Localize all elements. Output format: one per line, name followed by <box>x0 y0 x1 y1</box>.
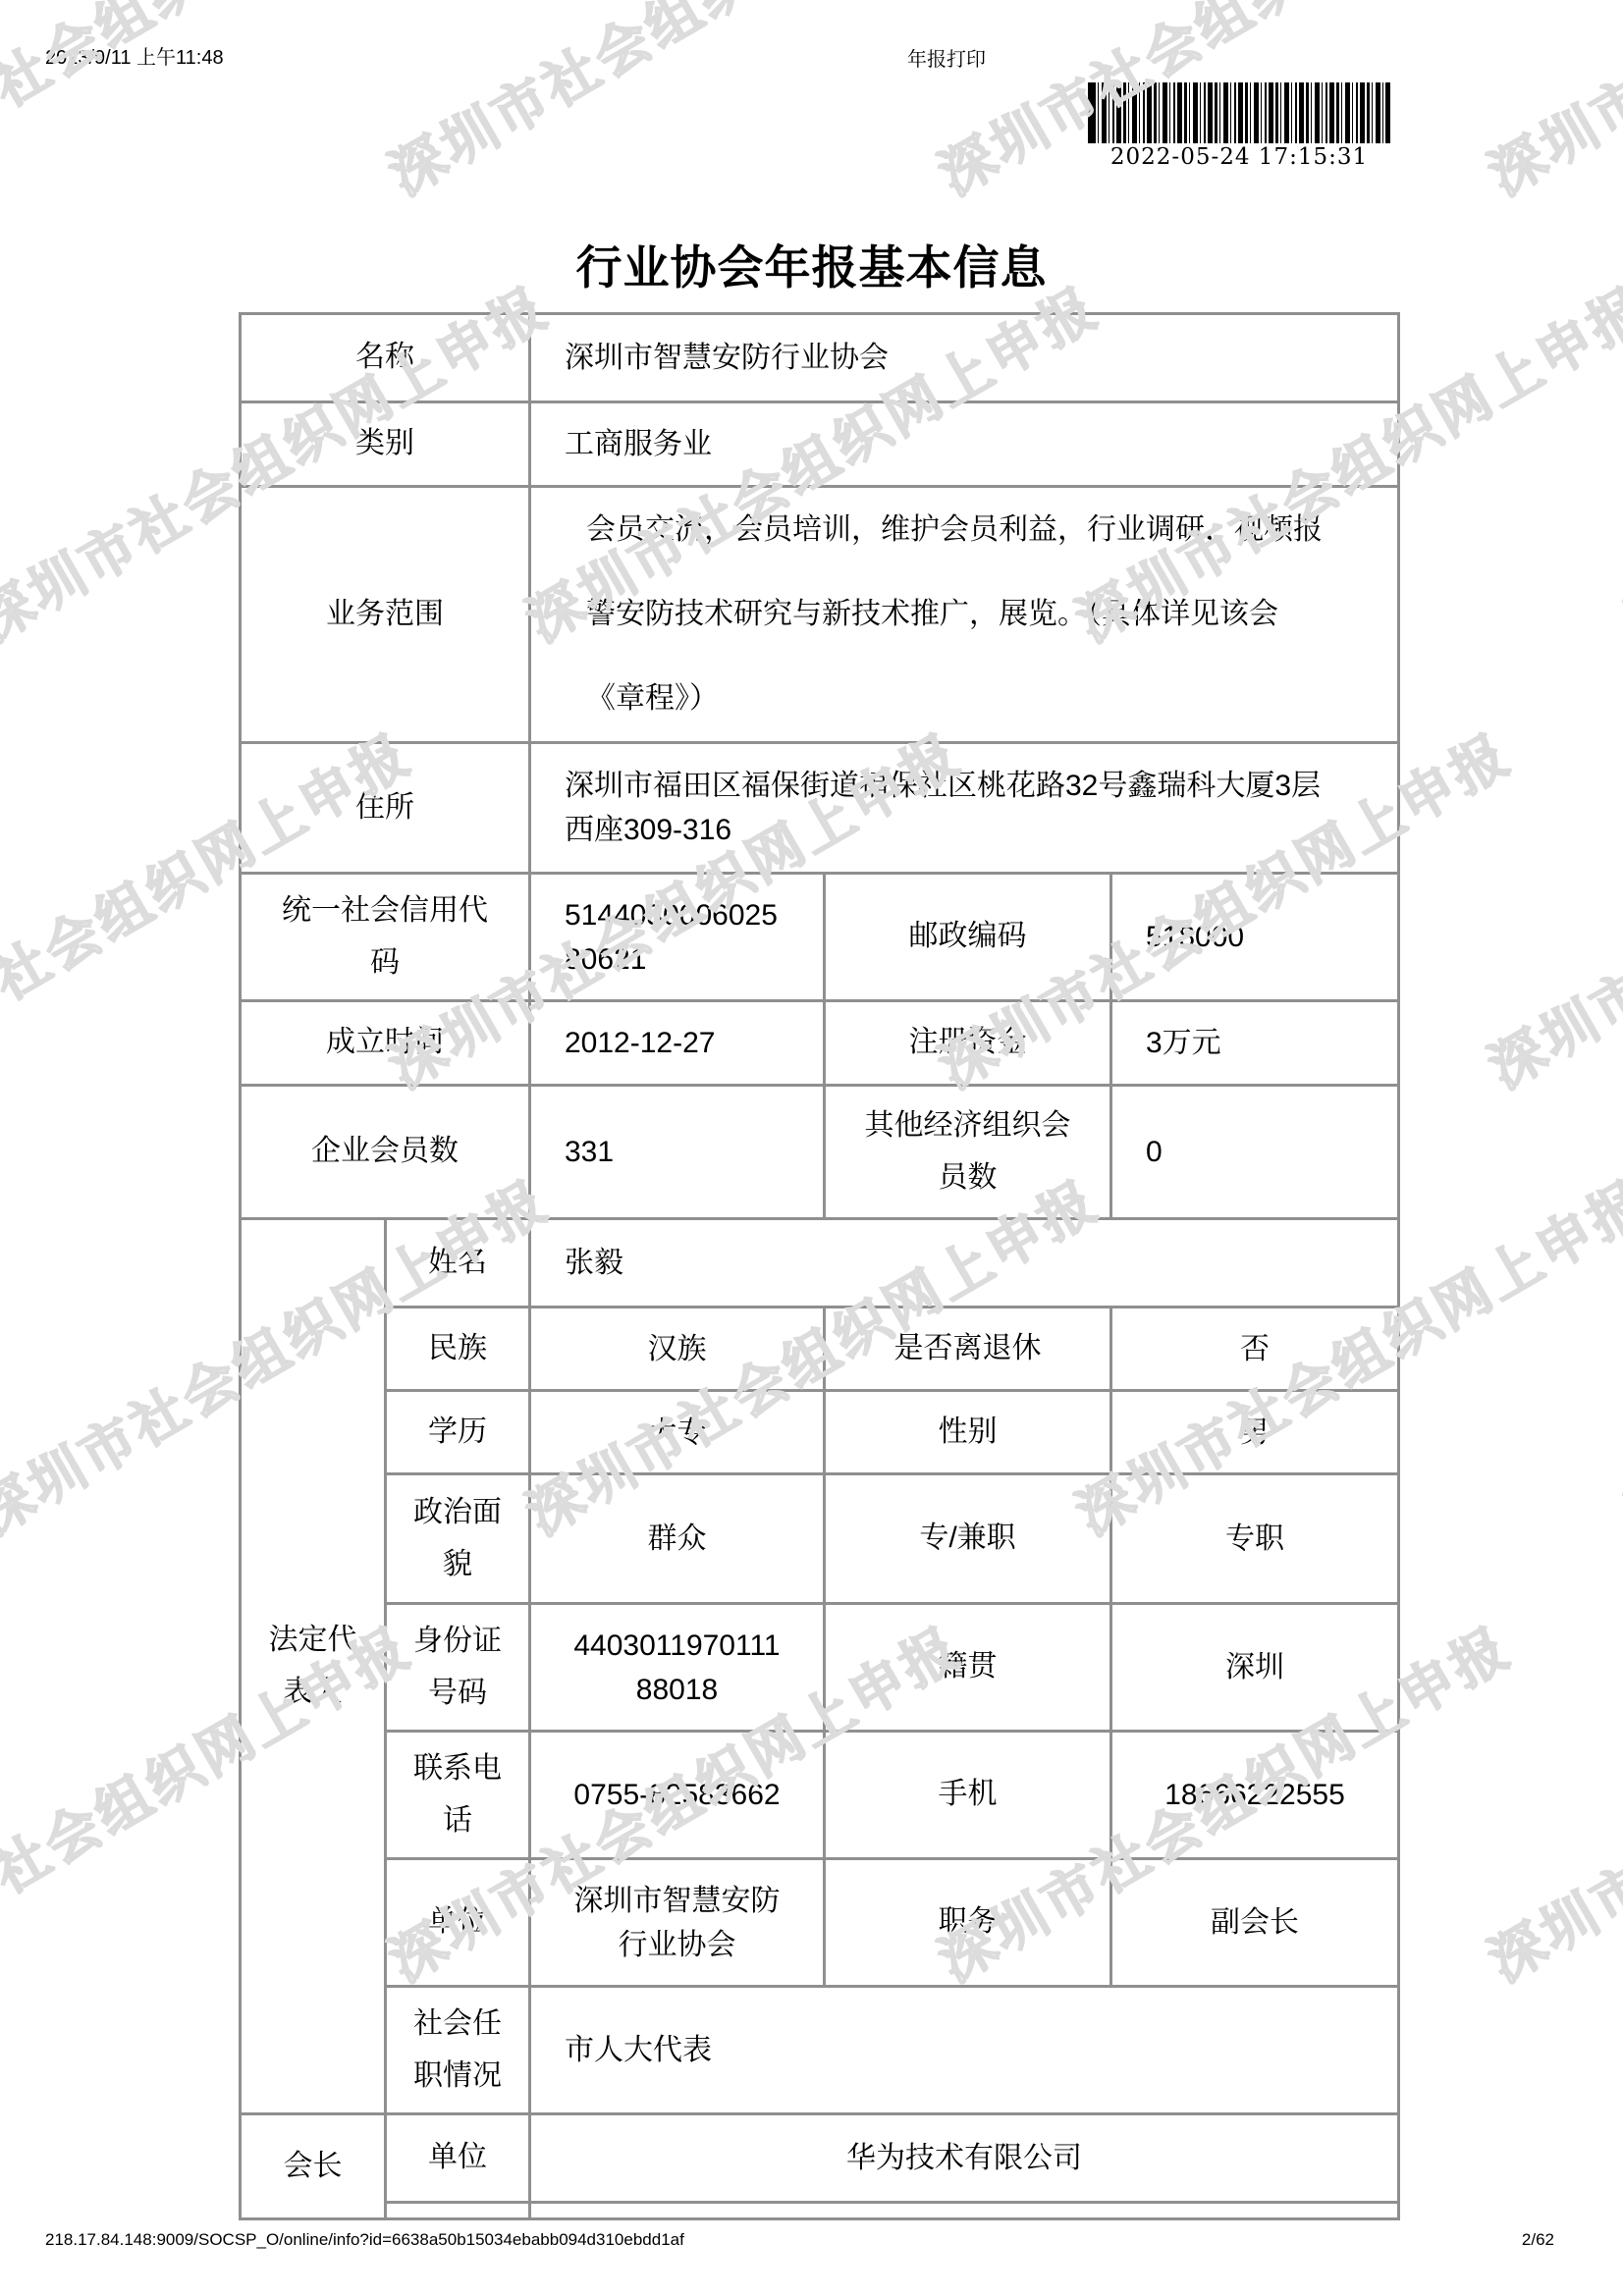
name-value: 深圳市智慧安防行业协会 <box>531 315 1400 403</box>
education-label: 学历 <box>387 1392 531 1475</box>
credit-code-value: 5144030006025 80621 <box>531 875 826 1002</box>
watermark-text: 深圳市社会组织网上申报 <box>1473 712 1623 1103</box>
watermark-text: 深圳市社会组织网上申报 <box>373 0 974 211</box>
native-place-value: 深圳 <box>1112 1605 1400 1733</box>
credit-code-label: 统一社会信用代 码 <box>242 875 531 1002</box>
fulltime-value: 专职 <box>1112 1475 1400 1605</box>
watermark-text: 深圳市社会组织网上申报 <box>1473 1605 1623 1997</box>
address-label: 住所 <box>242 744 531 875</box>
employer-label: 单位 <box>387 1860 531 1988</box>
print-header-datetime: 2023/9/11 上午11:48 <box>45 41 224 70</box>
political-status-value: 群众 <box>531 1475 826 1605</box>
member-count-value: 331 <box>531 1087 826 1220</box>
empty-cell <box>387 2204 531 2220</box>
established-label: 成立时间 <box>242 1002 531 1087</box>
print-header-title: 年报打印 <box>907 43 986 72</box>
registered-capital-label: 注册资金 <box>826 1002 1112 1087</box>
education-value: 大专 <box>531 1392 826 1475</box>
watermark-text: 深圳市社会组织网上申报 <box>1473 0 1623 211</box>
watermark-text: 深圳市社会组织网上申报 <box>1610 1158 1623 1550</box>
info-table: 名称 深圳市智慧安防行业协会 类别 工商服务业 业务范围 会员交流，会员培训，维… <box>239 312 1400 2220</box>
other-org-member-value: 0 <box>1112 1087 1400 1220</box>
retired-label: 是否离退休 <box>826 1308 1112 1392</box>
category-value: 工商服务业 <box>531 403 1400 488</box>
business-scope-value: 会员交流，会员培训，维护会员利益，行业调研，视频报 警安防技术研究与新技术推广，… <box>531 488 1400 744</box>
phone-value: 0755-82583662 <box>531 1733 826 1860</box>
native-place-label: 籍贯 <box>826 1605 1112 1733</box>
legal-rep-section-label: 法定代 表人 <box>242 1220 387 2115</box>
mobile-label: 手机 <box>826 1733 1112 1860</box>
barcode <box>1088 82 1390 143</box>
rep-name-label: 姓名 <box>387 1220 531 1308</box>
employer-value: 深圳市智慧安防 行业协会 <box>531 1860 826 1988</box>
position-value: 副会长 <box>1112 1860 1400 1988</box>
business-scope-label: 业务范围 <box>242 488 531 744</box>
registered-capital-value: 3万元 <box>1112 1002 1400 1087</box>
member-count-label: 企业会员数 <box>242 1087 531 1220</box>
print-page: 2023/9/11 上午11:48 年报打印 2022-05-24 17:15:… <box>0 0 1623 2296</box>
phone-label: 联系电 话 <box>387 1733 531 1860</box>
president-unit-value: 华为技术有限公司 <box>531 2115 1400 2204</box>
postal-code-value: 518000 <box>1112 875 1400 1002</box>
position-label: 职务 <box>826 1860 1112 1988</box>
barcode-timestamp: 2022-05-24 17:15:31 <box>1078 144 1400 170</box>
postal-code-label: 邮政编码 <box>826 875 1112 1002</box>
document-title: 行业协会年报基本信息 <box>0 232 1623 297</box>
mobile-value: 18666222555 <box>1112 1733 1400 1860</box>
ethnicity-value: 汉族 <box>531 1308 826 1392</box>
empty-cell <box>531 2204 1400 2220</box>
watermark-text: 深圳市社会组织网上申报 <box>1610 265 1623 657</box>
gender-label: 性别 <box>826 1392 1112 1475</box>
fulltime-label: 专/兼职 <box>826 1475 1112 1605</box>
category-label: 类别 <box>242 403 531 488</box>
print-footer-url: 218.17.84.148:9009/SOCSP_O/online/info?i… <box>45 2230 684 2250</box>
watermark-text: 深圳市社会组织网上申报 <box>0 0 424 211</box>
rep-name-value: 张毅 <box>531 1220 1400 1308</box>
address-value: 深圳市福田区福保街道福保社区桃花路32号鑫瑞科大厦3层 西座309-316 <box>531 744 1400 875</box>
social-post-label: 社会任 职情况 <box>387 1988 531 2115</box>
gender-value: 男 <box>1112 1392 1400 1475</box>
id-number-value: 4403011970111 88018 <box>531 1605 826 1733</box>
print-footer-page: 2/62 <box>1522 2230 1554 2250</box>
established-value: 2012-12-27 <box>531 1002 826 1087</box>
id-number-label: 身份证 号码 <box>387 1605 531 1733</box>
ethnicity-label: 民族 <box>387 1308 531 1392</box>
political-status-label: 政治面 貌 <box>387 1475 531 1605</box>
other-org-member-label: 其他经济组织会 员数 <box>826 1087 1112 1220</box>
president-unit-label: 单位 <box>387 2115 531 2204</box>
social-post-value: 市人大代表 <box>531 1988 1400 2115</box>
retired-value: 否 <box>1112 1308 1400 1392</box>
president-section-label: 会长 <box>242 2115 387 2220</box>
name-label: 名称 <box>242 315 531 403</box>
